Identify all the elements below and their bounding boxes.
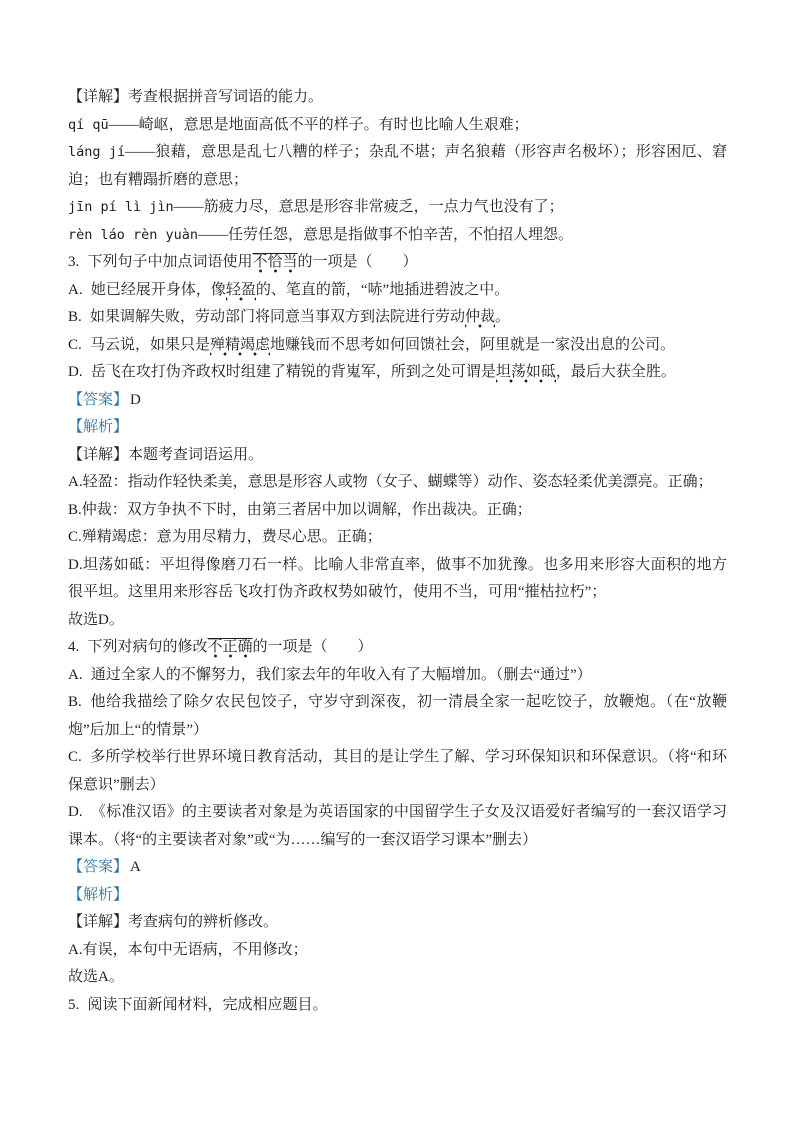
option-marked-word: 轻盈 xyxy=(226,282,256,301)
option-text: 他给我描绘了除夕农民包饺子，守岁守到深夜，初一清晨全家一起吃饺子，放鞭炮。（在“… xyxy=(68,694,727,738)
q3-option-a: A.她已经展开身体，像轻盈的、笔直的箭，“哧”地插进碧波之中。 xyxy=(68,277,727,305)
option-marked-word: 坦荡如砥 xyxy=(496,364,556,383)
q3-answer: 【答案】D xyxy=(68,387,727,415)
option-text: 她已经展开身体，像 xyxy=(91,282,226,298)
q4-explanation-a: A.有误，本句中无语病，不用修改； xyxy=(68,937,727,965)
pinyin-gloss-line: qí qū——崎岖，意思是地面高低不平的样子。有时也比喻人生艰难； xyxy=(68,112,727,140)
detail-text: 考查根据拼音写词语的能力。 xyxy=(128,89,323,105)
q4-option-b: B.他给我描绘了除夕农民包饺子，守岁守到深夜，初一清晨全家一起吃饺子，放鞭炮。（… xyxy=(68,689,727,744)
question-number: 3. xyxy=(68,254,79,270)
stem-text: 的一项是（ ） xyxy=(253,639,373,655)
detail-label: 【详解】 xyxy=(68,447,128,463)
pinyin-dash: —— xyxy=(109,117,139,133)
stem-marked-word: 不恰当 xyxy=(253,254,298,273)
pinyin-term: qí qū xyxy=(68,117,109,133)
pinyin-gloss-line: láng jí——狼藉，意思是乱七八糟的样子；杂乱不堪；声名狼藉（形容声名极坏）… xyxy=(68,139,727,194)
option-label: A. xyxy=(68,282,83,298)
gloss-text: 崎岖，意思是地面高低不平的样子。有时也比喻人生艰难； xyxy=(139,117,529,133)
detail-label: 【详解】 xyxy=(68,89,128,105)
q4-conclusion: 故选A。 xyxy=(68,964,727,992)
option-text: 岳飞在攻打伪齐政权时组建了精锐的背嵬军，所到之处可谓是 xyxy=(91,364,496,380)
q4-option-d: D.《标准汉语》的主要读者对象是为英语国家的中国留学生子女及汉语爱好者编写的一套… xyxy=(68,799,727,854)
pinyin-term: rèn láo rèn yuàn xyxy=(68,227,198,243)
option-marked-word: 仲裁 xyxy=(465,309,495,328)
q5-intro: 5.阅读下面新闻材料，完成相应题目。 xyxy=(68,992,727,1020)
option-text: 多所学校举行世界环境日教育活动，其目的是让学生了解、学习环保知识和环保意识。（将… xyxy=(68,749,727,793)
pinyin-term: jīn pí lì jìn xyxy=(68,199,174,215)
stem-text: 下列对病句的修改 xyxy=(88,639,208,655)
q3-analysis: 【解析】 xyxy=(68,414,727,442)
stem-text: 阅读下面新闻材料，完成相应题目。 xyxy=(88,997,328,1013)
explanation-text: A.有误，本句中无语病，不用修改； xyxy=(68,942,308,958)
q2-detail-paragraph: 【详解】考查根据拼音写词语的能力。 xyxy=(68,84,727,112)
q3-stem: 3.下列句子中加点词语使用不恰当的一项是（ ） xyxy=(68,249,727,277)
gloss-text: 狼藉，意思是乱七八糟的样子；杂乱不堪；声名狼藉（形容声名极坏）；形容困厄、窘迫；… xyxy=(68,144,727,188)
option-text: 地赚钱而不思考如何回馈社会，阿里就是一家没出息的公司。 xyxy=(270,337,675,353)
option-text: 的、笔直的箭，“哧”地插进碧波之中。 xyxy=(256,282,509,298)
q4-analysis: 【解析】 xyxy=(68,882,727,910)
q4-option-a: A.通过全家人的不懈努力，我们家去年的年收入有了大幅增加。（删去“通过”） xyxy=(68,662,727,690)
option-label: D. xyxy=(68,364,83,380)
question-number: 5. xyxy=(68,997,79,1013)
q3-option-d: D.岳飞在攻打伪齐政权时组建了精锐的背嵬军，所到之处可谓是坦荡如砥，最后大获全胜… xyxy=(68,359,727,387)
explanation-text: D.坦荡如砥：平坦得像磨刀石一样。比喻人非常直率，做事不加犹豫。也多用来形容大面… xyxy=(68,557,727,601)
gloss-text: 任劳任怨，意思是指做事不怕辛苦，不怕招人埋怨。 xyxy=(228,227,573,243)
stem-marked-word: 不正确 xyxy=(208,639,253,658)
detail-text: 考查病句的辨析修改。 xyxy=(128,914,278,930)
pinyin-gloss-line: jīn pí lì jìn——筋疲力尽，意思是形容非常疲乏，一点力气也没有了； xyxy=(68,194,727,222)
detail-label: 【详解】 xyxy=(68,914,128,930)
option-text: 《标准汉语》的主要读者对象是为英语国家的中国留学生子女及汉语爱好者编写的一套汉语… xyxy=(68,804,727,848)
explanation-text: C.殚精竭虑：意为用尽精力，费尽心思。正确； xyxy=(68,529,382,545)
explanation-text: A.轻盈：指动作轻快柔美，意思是形容人或物（女子、蝴蝶等）动作、姿态轻柔优美漂亮… xyxy=(68,474,713,490)
q4-detail: 【详解】考查病句的辨析修改。 xyxy=(68,909,727,937)
answer-value: D xyxy=(130,392,141,408)
q3-option-c: C.马云说，如果只是殚精竭虑地赚钱而不思考如何回馈社会，阿里就是一家没出息的公司… xyxy=(68,332,727,360)
explanation-text: B.仲裁：双方争执不下时，由第三者居中加以调解，作出裁决。正确； xyxy=(68,502,532,518)
gloss-text: 筋疲力尽，意思是形容非常疲乏，一点力气也没有了； xyxy=(204,199,564,215)
q4-answer: 【答案】A xyxy=(68,854,727,882)
stem-text: 的一项是（ ） xyxy=(298,254,418,270)
explanation-text: 故选D。 xyxy=(68,612,124,628)
option-label: D. xyxy=(68,804,83,820)
q3-conclusion: 故选D。 xyxy=(68,607,727,635)
stem-text: 下列句子中加点词语使用 xyxy=(88,254,253,270)
answer-label: 【答案】 xyxy=(68,859,128,875)
q3-detail: 【详解】本题考查词语运用。 xyxy=(68,442,727,470)
option-label: A. xyxy=(68,667,83,683)
answer-label: 【答案】 xyxy=(68,392,128,408)
analysis-label: 【解析】 xyxy=(68,419,128,435)
option-text: 通过全家人的不懈努力，我们家去年的年收入有了大幅增加。（删去“通过”） xyxy=(91,667,592,683)
q4-option-c: C.多所学校举行世界环境日教育活动，其目的是让学生了解、学习环保知识和环保意识。… xyxy=(68,744,727,799)
pinyin-dash: —— xyxy=(198,227,228,243)
option-text: ，最后大获全胜。 xyxy=(556,364,676,380)
explanation-text: 故选A。 xyxy=(68,969,124,985)
option-label: B. xyxy=(68,309,82,325)
q3-option-b: B.如果调解失败，劳动部门将同意当事双方到法院进行劳动仲裁。 xyxy=(68,304,727,332)
q3-explanation-a: A.轻盈：指动作轻快柔美，意思是形容人或物（女子、蝴蝶等）动作、姿态轻柔优美漂亮… xyxy=(68,469,727,497)
option-label: C. xyxy=(68,749,82,765)
option-text: 马云说，如果只是 xyxy=(90,337,210,353)
pinyin-gloss-line: rèn láo rèn yuàn——任劳任怨，意思是指做事不怕辛苦，不怕招人埋怨… xyxy=(68,222,727,250)
pinyin-dash: —— xyxy=(125,144,155,160)
option-text: 。 xyxy=(495,309,510,325)
analysis-label: 【解析】 xyxy=(68,887,128,903)
pinyin-term: láng jí xyxy=(68,144,125,160)
detail-text: 本题考查词语运用。 xyxy=(128,447,263,463)
exam-answer-page: 【详解】考查根据拼音写词语的能力。 qí qū——崎岖，意思是地面高低不平的样子… xyxy=(0,0,793,1122)
option-label: C. xyxy=(68,337,82,353)
q4-stem: 4.下列对病句的修改不正确的一项是（ ） xyxy=(68,634,727,662)
question-number: 4. xyxy=(68,639,79,655)
option-label: B. xyxy=(68,694,82,710)
q3-explanation-d: D.坦荡如砥：平坦得像磨刀石一样。比喻人非常直率，做事不加犹豫。也多用来形容大面… xyxy=(68,552,727,607)
option-marked-word: 殚精竭虑 xyxy=(210,337,270,356)
option-text: 如果调解失败，劳动部门将同意当事双方到法院进行劳动 xyxy=(90,309,465,325)
q3-explanation-c: C.殚精竭虑：意为用尽精力，费尽心思。正确； xyxy=(68,524,727,552)
q3-explanation-b: B.仲裁：双方争执不下时，由第三者居中加以调解，作出裁决。正确； xyxy=(68,497,727,525)
pinyin-dash: —— xyxy=(174,199,204,215)
answer-value: A xyxy=(130,859,141,875)
